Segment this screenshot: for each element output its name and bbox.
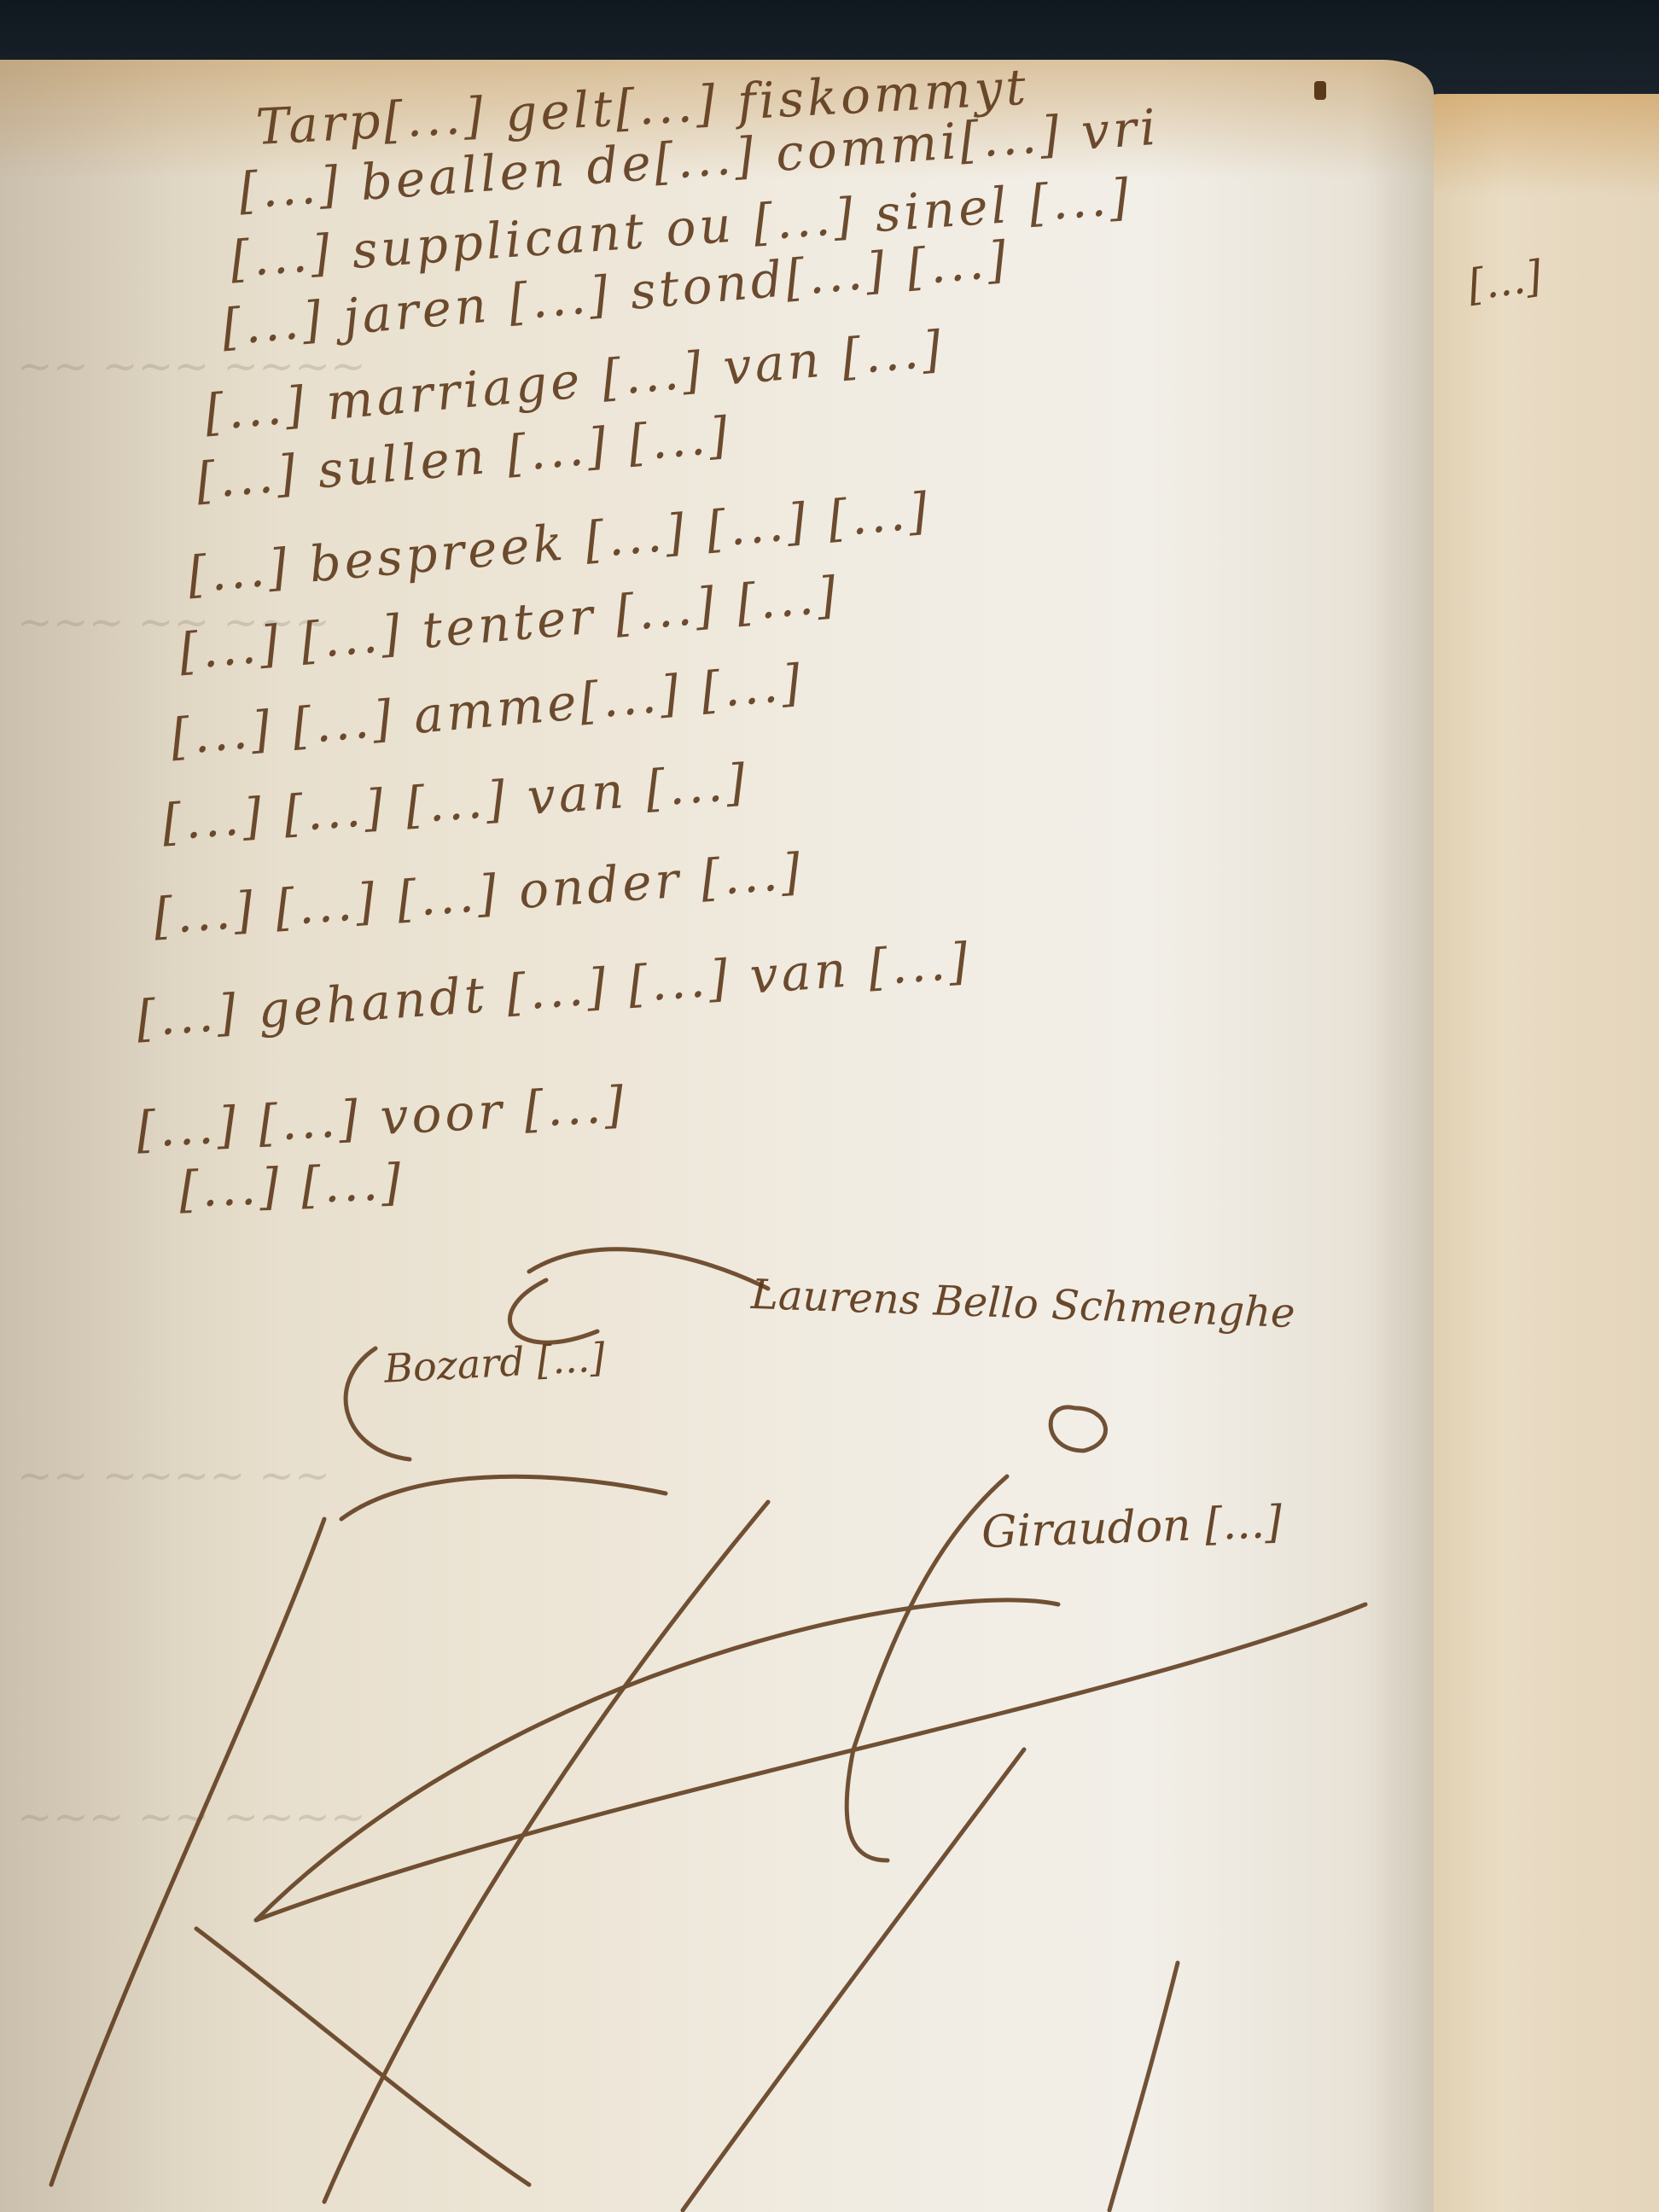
ink-flourishes (0, 0, 1659, 2212)
